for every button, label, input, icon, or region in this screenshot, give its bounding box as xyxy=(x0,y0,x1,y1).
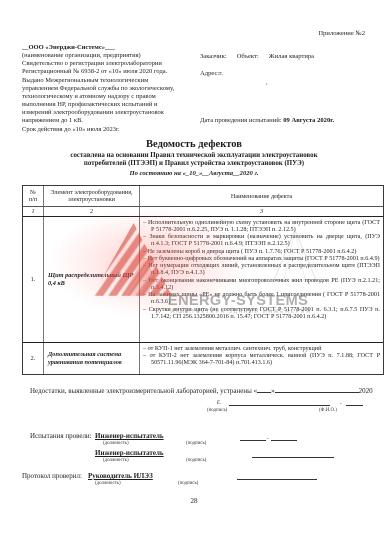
sign-caption: (подпись) xyxy=(186,458,206,463)
position-caption: (должность) xyxy=(103,441,129,446)
customer-object-row: Заказчик:Объект:Жилая квартира xyxy=(200,53,324,60)
organization-block: __ООО «Энерджи-Системс»___ (наименование… xyxy=(22,44,204,134)
lab-head-title: Руководитель ИЛЭЗ xyxy=(88,472,153,480)
test-date-label: Дата проведения испытаний: xyxy=(200,117,282,124)
org-line: Регистрационный № 6938-2 от «10» июля 20… xyxy=(22,68,204,76)
document-subtitle-line2: потребителей (ПТЭЭП) и Правил устройства… xyxy=(0,160,388,167)
defect-item: – Скрутки внутри щита (не соответствует … xyxy=(143,307,380,322)
row1-element: Щит распределительный ЩР 0,4 кВ xyxy=(44,217,140,342)
org-line: напряжением до 1 кВ. xyxy=(22,117,204,125)
defects-table: №п/п Элемент электрооборудования, электр… xyxy=(22,185,384,375)
defect-item: – от КУП-1 нет заземления металлич. сант… xyxy=(143,346,380,353)
test-date-value: 09 Августа 2020г. xyxy=(283,117,334,124)
row2-number: 2. xyxy=(23,343,44,374)
org-line: технологическому и атомному надзору с пр… xyxy=(22,93,204,101)
org-line: Срок действия до «10» июля 2023г. xyxy=(22,126,204,134)
page-number: 28 xyxy=(0,497,388,505)
sign-caption: (подпись) xyxy=(178,481,198,486)
address-label: Адрес: xyxy=(200,70,219,77)
appendix-number: Приложение №2 xyxy=(318,30,365,37)
col-num-2: 2 xyxy=(44,207,140,216)
header-defect-cell: Наименование дефекта xyxy=(140,186,383,206)
address-row: Адрес:г. xyxy=(200,70,223,77)
org-line: измерений электрооборудовании электроуст… xyxy=(22,109,204,117)
signature-line xyxy=(240,440,266,441)
tests-performed-label: Испытания провели: xyxy=(30,432,92,440)
dot-mark: . xyxy=(267,433,269,441)
object-label: Объект: xyxy=(237,53,259,60)
table-row: 2. Дополнительная система уравнивания по… xyxy=(23,343,383,374)
org-line: управлением Федеральной службы по эколог… xyxy=(22,85,204,93)
defect-item: – Нет нумерации отходящих линий, установ… xyxy=(143,263,380,278)
signature-line xyxy=(229,405,330,406)
defect-item: – На зажимах шины «РЕ» не должно быть бо… xyxy=(143,292,380,307)
col-num-1: 1 xyxy=(23,207,44,216)
row1-defects: – Исполнительную однолинейную схему уста… xyxy=(140,217,383,342)
sign-caption: (подпись) xyxy=(207,408,227,413)
signature-line xyxy=(252,457,334,458)
table-row: 1. Щит распределительный ЩР 0,4 кВ – Исп… xyxy=(23,217,383,343)
organization-name: __ООО «Энерджи-Системс»___ xyxy=(22,44,204,52)
defect-list: – от КУП-1 нет заземления металлич. сант… xyxy=(140,343,383,367)
table-column-numbers-row: 1 2 3 xyxy=(23,207,383,217)
org-line: Свидетельство о регистрации электролабор… xyxy=(22,60,204,68)
city-label: г. xyxy=(217,398,221,406)
defect-item: – Нет оконцевания наконечниками многопро… xyxy=(143,278,380,293)
engineer2-title: Инженер-испытатель xyxy=(95,449,164,457)
year-text: 2020 xyxy=(359,387,373,395)
defect-report-page: Приложение №2 __ООО «Энерджи-Системс»___… xyxy=(0,0,388,550)
customer-label: Заказчик: xyxy=(200,53,227,60)
defect-item: – Исполнительную однолинейную схему уста… xyxy=(143,220,380,235)
col-num-3: 3 xyxy=(140,207,383,216)
fio-line xyxy=(346,405,363,406)
as-of-date-line: По состоянию на «_10_»__Августа__2020 г. xyxy=(0,170,388,177)
defects-resolved-text: Недостатки, выявленные электроизмеритель… xyxy=(30,387,252,395)
table-header-row: №п/п Элемент электрооборудования, электр… xyxy=(23,186,383,207)
object-value: Жилая квартира xyxy=(269,53,314,60)
org-line: (наименование организации, предприятия) xyxy=(22,52,204,60)
sign-caption: (подпись) xyxy=(186,441,206,446)
test-date-row: Дата проведения испытаний: 09 Августа 20… xyxy=(200,117,334,124)
row2-defects: – от КУП-1 нет заземления металлич. сант… xyxy=(140,343,383,374)
row2-element: Дополнительная система уравнивания потен… xyxy=(44,343,140,374)
month-blank xyxy=(275,385,359,393)
defect-item: – Нет буквенно-цифровых обозначений на а… xyxy=(143,256,380,263)
defect-list: – Исполнительную однолинейную схему уста… xyxy=(140,217,383,321)
fio-caption: (Ф.И.О.) xyxy=(319,408,337,413)
day-blank xyxy=(257,385,271,393)
position-caption: (должность) xyxy=(103,458,129,463)
address-comma: , xyxy=(266,79,268,86)
header-element-cell: Элемент электрооборудования, электроуста… xyxy=(44,186,140,206)
defect-item: – Не заземлены короб и дверца щита ( ПУЭ… xyxy=(143,249,380,256)
defect-item: – Знаки безопасности и маркировки (назна… xyxy=(143,234,380,249)
engineer1-title: Инженер-испытатель xyxy=(95,432,164,440)
header-num-cell: №п/п xyxy=(23,186,44,206)
dot-mark: . xyxy=(340,398,342,406)
defect-item: – от КУП-2 нет заземления корпуса металл… xyxy=(143,353,380,368)
signature-line xyxy=(237,479,317,480)
protocol-checked-label: Протокол проверил: xyxy=(22,472,82,480)
address-value: г. xyxy=(219,70,223,77)
position-caption: (должность) xyxy=(95,481,121,486)
document-title: Ведомость дефектов xyxy=(0,139,388,150)
row1-number: 1. xyxy=(23,217,44,342)
signature-line xyxy=(271,440,297,441)
defects-resolved-line: Недостатки, выявленные электроизмеритель… xyxy=(30,385,375,395)
org-line: выполнения НР, профилактических испытани… xyxy=(22,101,204,109)
org-line: Выдано Межрегиональным технологическим xyxy=(22,77,204,85)
document-subtitle-line1: составлена на основании Правил техническ… xyxy=(0,152,388,159)
